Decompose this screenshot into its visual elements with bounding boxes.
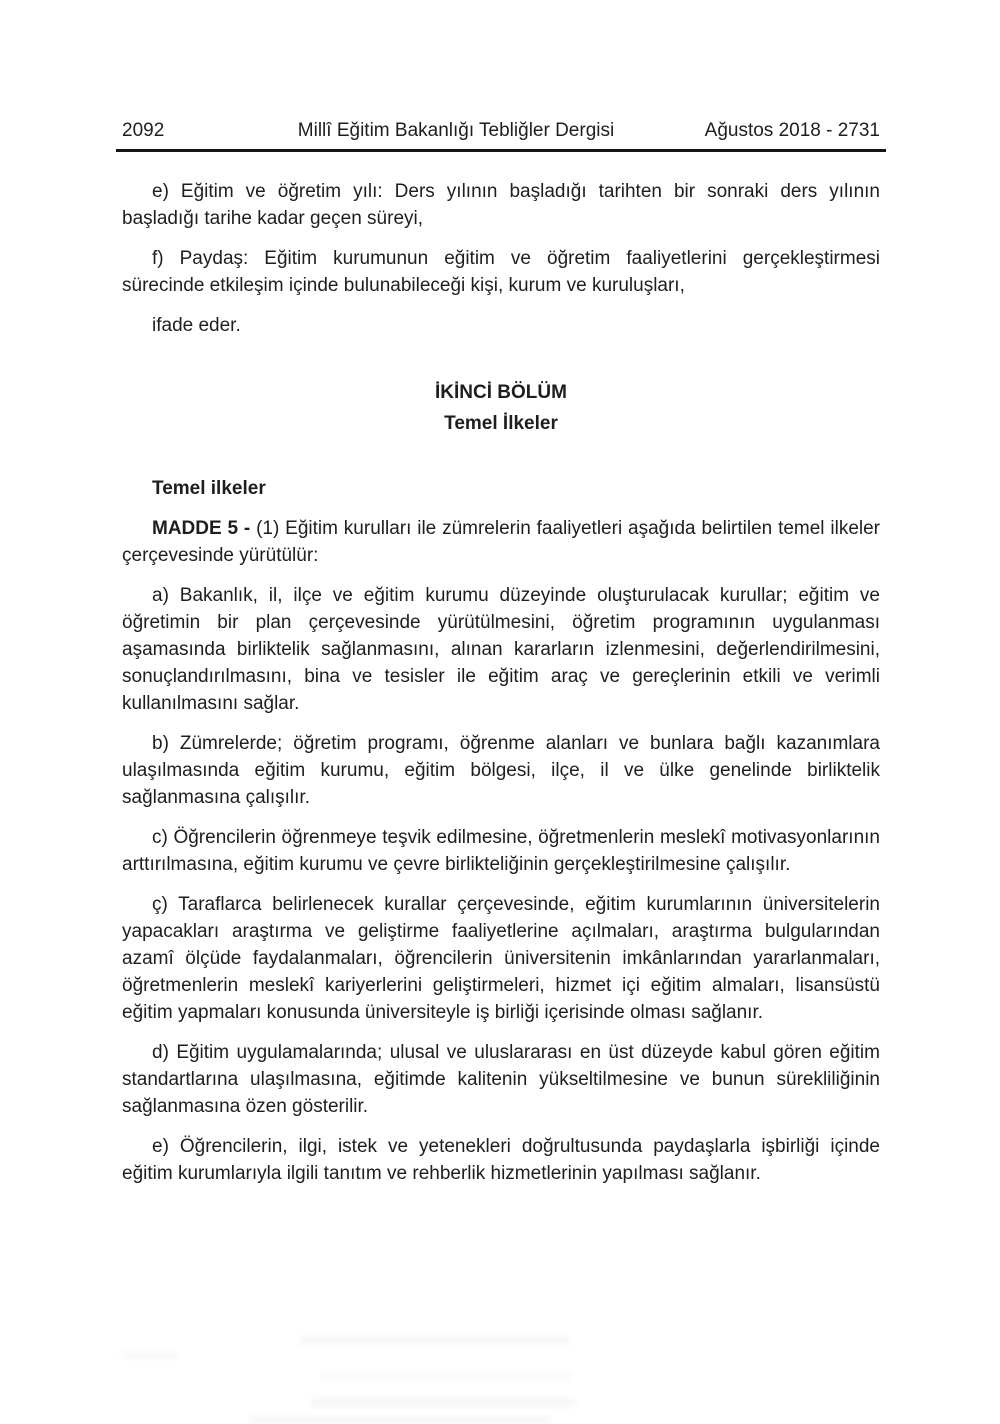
- principle-item-e: e) Öğrencilerin, ilgi, istek ve yetenekl…: [122, 1133, 880, 1187]
- principle-item-c: c) Öğrencilerin öğrenmeye teşvik edilmes…: [122, 824, 880, 878]
- principle-item-c-cedilla: ç) Taraflarca belirlenecek kurallar çerç…: [122, 891, 880, 1026]
- article-heading: Temel ilkeler: [122, 475, 880, 502]
- page-header: 2092 Millî Eğitim Bakanlığı Tebliğler De…: [122, 0, 880, 142]
- definitions-closing: ifade eder.: [122, 312, 880, 339]
- page-number: 2092: [122, 120, 212, 142]
- scan-bleedthrough-artifact: [300, 1336, 570, 1345]
- principle-item-b: b) Zümrelerde; öğretim programı, öğrenme…: [122, 730, 880, 811]
- chapter-subheading: Temel İlkeler: [122, 410, 880, 437]
- principle-item-d: d) Eğitim uygulamalarında; ulusal ve ulu…: [122, 1039, 880, 1120]
- definition-item-f: f) Paydaş: Eğitim kurumunun eğitim ve öğ…: [122, 245, 880, 299]
- document-page: 2092 Millî Eğitim Bakanlığı Tebliğler De…: [0, 0, 1000, 1424]
- madde-label: MADDE 5 -: [152, 518, 250, 539]
- principle-item-a: a) Bakanlık, il, ilçe ve eğitim kurumu d…: [122, 582, 880, 717]
- journal-title: Millî Eğitim Bakanlığı Tebliğler Dergisi: [212, 120, 700, 142]
- scan-bleedthrough-artifact: [320, 1372, 570, 1379]
- definition-item-e: e) Eğitim ve öğretim yılı: Ders yılının …: [122, 178, 880, 232]
- scan-bleedthrough-artifact: [120, 1352, 180, 1359]
- article-intro: MADDE 5 - (1) Eğitim kurulları ile zümre…: [122, 515, 880, 569]
- chapter-heading: İKİNCİ BÖLÜM: [122, 379, 880, 406]
- scan-bleedthrough-artifact: [310, 1398, 575, 1407]
- issue-info: Ağustos 2018 - 2731: [700, 120, 880, 142]
- header-rule: [116, 149, 886, 152]
- scan-bleedthrough-artifact: [250, 1416, 550, 1424]
